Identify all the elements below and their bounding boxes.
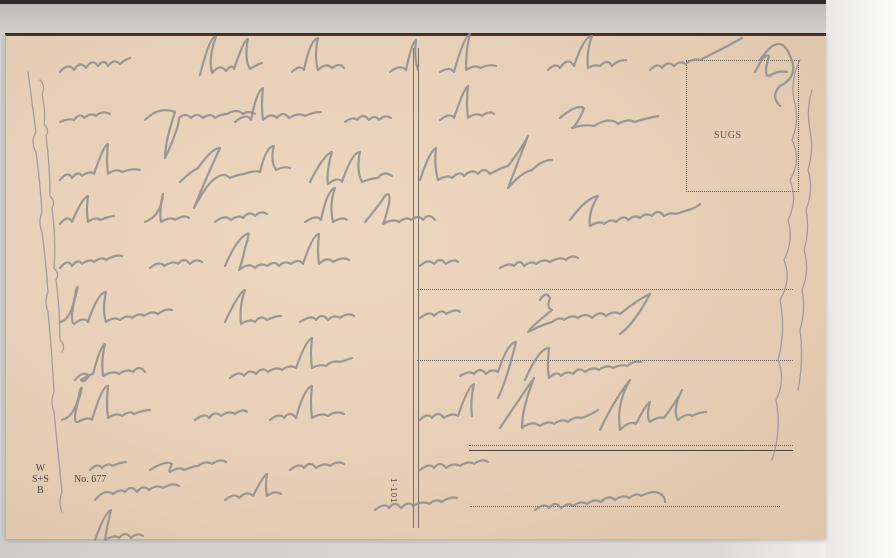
address-underline [469,450,793,451]
address-line-1 [417,289,793,290]
stamp-box-label: SUGS [714,130,742,141]
publisher-logo-middle: S+S [32,474,49,485]
publisher-number: No. 677 [74,474,106,485]
publisher-logo: W S+S B [32,463,49,496]
divider-print-code: 1-101 [389,478,398,503]
stamp-box [686,60,799,192]
publisher-logo-top: W [32,463,49,474]
scanner-right-margin [826,0,896,558]
publisher-mark: W S+S B No. 677 [32,463,49,496]
postcard-center-divider [413,48,419,528]
address-line-3 [469,445,793,446]
address-line-4 [470,506,780,507]
publisher-logo-bottom: B [32,485,49,496]
postcard-back [5,34,826,539]
address-line-2 [417,360,793,361]
scanner-background [0,4,896,34]
